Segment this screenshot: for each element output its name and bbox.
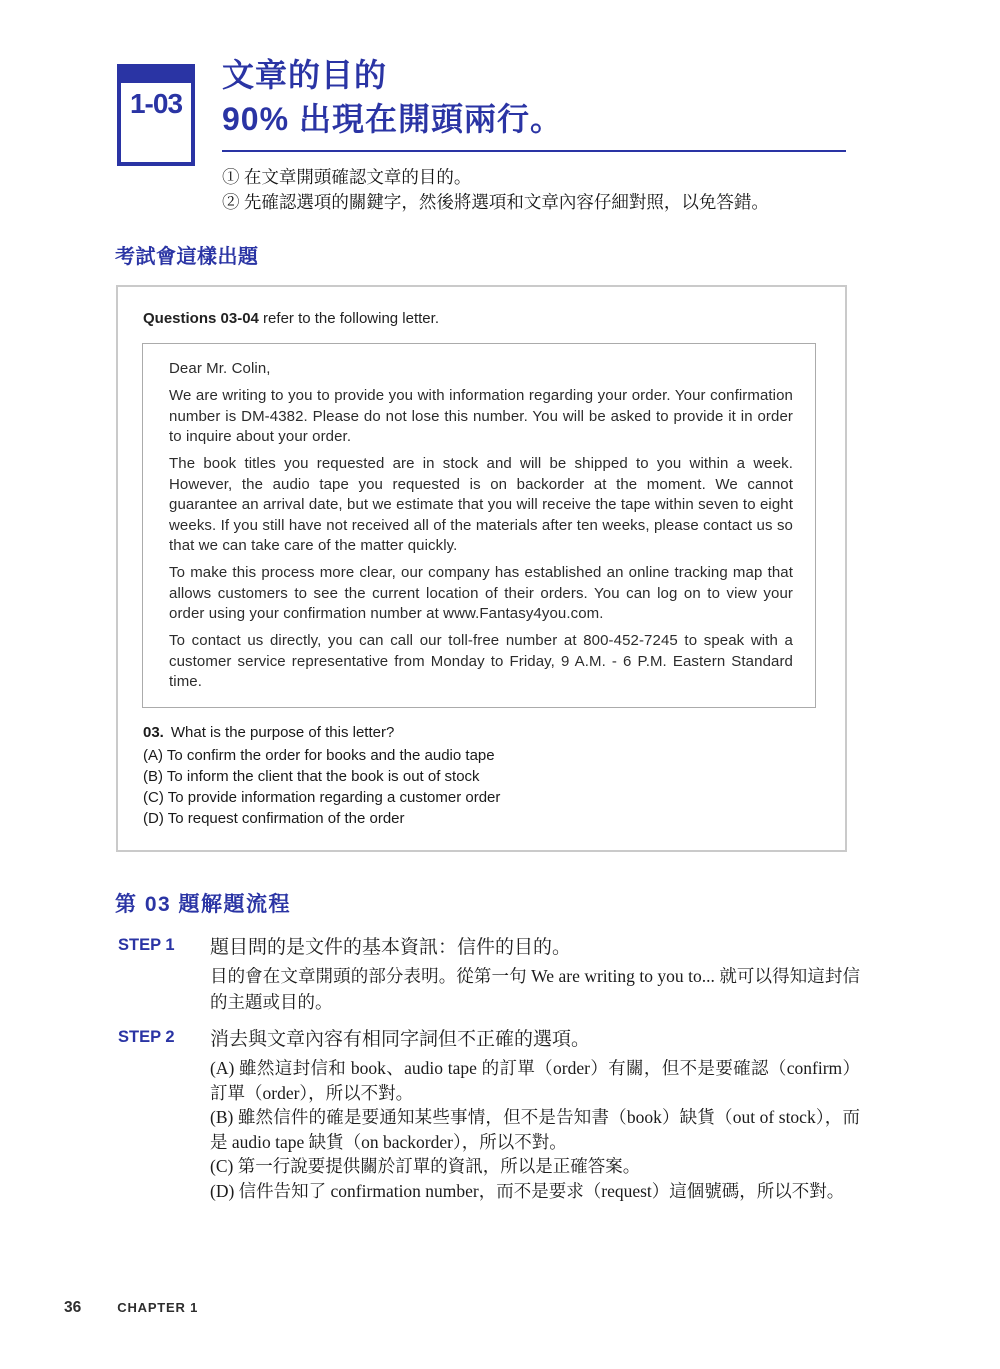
footer-page-number: 36: [64, 1299, 81, 1317]
exam-question-box: Questions 03-04 refer to the following l…: [116, 285, 847, 852]
lesson-tips: ① 在文章開頭確認文章的目的。 ② 先確認選項的關鍵字，然後將選項和文章內容仔細…: [222, 165, 846, 215]
step2-label: STEP 2: [118, 1028, 175, 1047]
lesson-number: 1-03: [121, 88, 191, 120]
textbook-page: 1-03 文章的目的 90% 出現在開頭兩行。 ① 在文章開頭確認文章的目的。 …: [0, 0, 1000, 1369]
letter-salutation: Dear Mr. Colin,: [169, 359, 793, 380]
step2-analysis-d: (D) 信件告知了 confirmation number，而不是要求（requ…: [210, 1179, 860, 1204]
step2-analysis-b: (B) 雖然信件的確是要通知某些事情，但不是告知書（book）缺貨（out of…: [210, 1105, 860, 1154]
question-intro-text: refer to the following letter.: [259, 310, 439, 327]
solution-section-heading: 第 03 題解題流程: [115, 888, 291, 918]
letter-paragraph-2: The book titles you requested are in sto…: [169, 454, 793, 557]
question-intro: Questions 03-04 refer to the following l…: [143, 310, 439, 327]
step1-label: STEP 1: [118, 936, 175, 955]
exam-section-heading: 考試會這樣出題: [115, 240, 259, 269]
question-block: 03.What is the purpose of this letter? (…: [143, 722, 500, 829]
answer-option-a: (A) To confirm the order for books and t…: [143, 745, 500, 766]
step2-analysis-a: (A) 雖然這封信和 book、audio tape 的訂單（order）有關，…: [210, 1056, 860, 1105]
question-text: What is the purpose of this letter?: [171, 724, 394, 741]
lesson-badge: 1-03: [117, 64, 195, 166]
tip-item-1: ① 在文章開頭確認文章的目的。: [222, 165, 846, 190]
answer-option-d: (D) To request confirmation of the order: [143, 808, 500, 829]
lesson-title-line2: 90% 出現在開頭兩行。: [222, 97, 846, 141]
lesson-title-line1: 文章的目的: [222, 53, 846, 97]
question-number: 03.: [143, 724, 164, 741]
step1-title: 題目問的是文件的基本資訊：信件的目的。: [210, 932, 571, 959]
tip-item-2: ② 先確認選項的關鍵字，然後將選項和文章內容仔細對照，以免答錯。: [222, 190, 846, 215]
answer-option-c: (C) To provide information regarding a c…: [143, 787, 500, 808]
letter-paragraph-3: To make this process more clear, our com…: [169, 563, 793, 625]
question-range-label: Questions 03-04: [143, 310, 259, 327]
letter-paragraph-4: To contact us directly, you can call our…: [169, 631, 793, 693]
title-divider: [222, 150, 846, 152]
footer-chapter-label: CHAPTER 1: [117, 1300, 198, 1315]
step2-body: (A) 雖然這封信和 book、audio tape 的訂單（order）有關，…: [210, 1056, 860, 1203]
step2-analysis-c: (C) 第一行說要提供關於訂單的資訊，所以是正確答案。: [210, 1154, 860, 1179]
page-footer: 36 CHAPTER 1: [64, 1299, 198, 1317]
step2-title: 消去與文章內容有相同字詞但不正確的選項。: [210, 1024, 590, 1051]
letter-paragraph-1: We are writing to you to provide you wit…: [169, 386, 793, 448]
answer-option-b: (B) To inform the client that the book i…: [143, 766, 500, 787]
step1-body: 目的會在文章開頭的部分表明。從第一句 We are writing to you…: [210, 963, 860, 1015]
lesson-badge-top-bar: [121, 68, 191, 83]
letter-box: Dear Mr. Colin, We are writing to you to…: [142, 343, 816, 708]
question-line: 03.What is the purpose of this letter?: [143, 722, 500, 743]
lesson-title-block: 文章的目的 90% 出現在開頭兩行。 ① 在文章開頭確認文章的目的。 ② 先確認…: [222, 53, 846, 215]
